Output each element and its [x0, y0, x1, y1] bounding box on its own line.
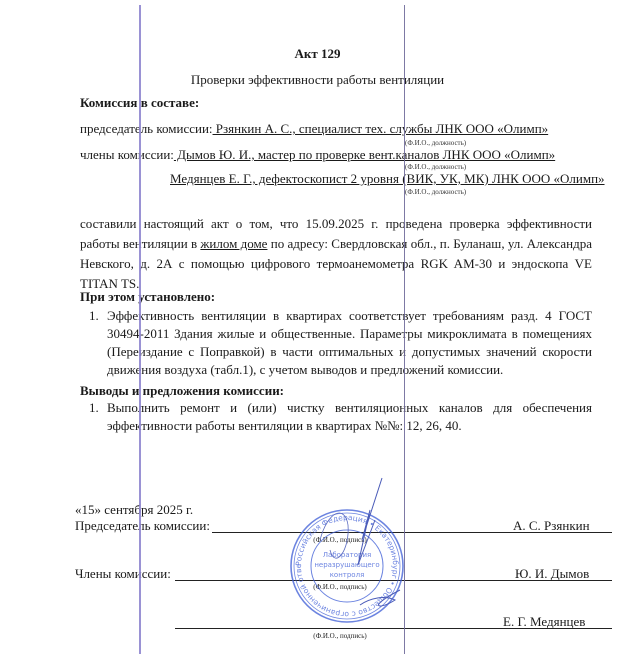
established-item: 1. Эффективность вентиляции в квартирах …	[107, 307, 592, 379]
member2-value: Медянцев Е. Г., дефектоскопист 2 уровня …	[170, 171, 605, 187]
chairman-row: председатель комиссии: Рзянкин А. С., сп…	[80, 121, 548, 137]
document-title: Акт 129	[0, 46, 635, 62]
established-heading: При этом установлено:	[80, 289, 215, 305]
vertical-guide-line-left	[139, 5, 141, 654]
established-item-text: Эффективность вентиляции в квартирах соо…	[107, 308, 592, 377]
item-number: 1.	[89, 307, 99, 325]
item-number: 1.	[89, 399, 99, 417]
sign-members-label: Члены комиссии:	[75, 566, 171, 582]
member1-value: Дымов Ю. И., мастер по проверке вент.кан…	[174, 147, 555, 162]
member1-row: члены комиссии: Дымов Ю. И., мастер по п…	[80, 147, 555, 163]
sign-member2-name: Е. Г. Медянцев	[503, 614, 585, 630]
vertical-guide-line-right	[404, 5, 405, 654]
sign-chairman-label: Председатель комиссии:	[75, 518, 210, 534]
act-date: «15» сентября 2025 г.	[75, 502, 193, 518]
members-label: члены комиссии:	[80, 147, 174, 162]
intro-underlined: жилом доме	[200, 236, 267, 251]
member1-caption: (Ф.И.О., должность)	[405, 163, 466, 171]
conclusions-item: 1. Выполнить ремонт и (или) чистку венти…	[107, 399, 592, 435]
chairman-label: председатель комиссии:	[80, 121, 213, 136]
member2-sign-caption: (Ф.И.О., подпись)	[305, 632, 375, 640]
sign-chairman-name: А. С. Рзянкин	[513, 518, 590, 534]
sign-member1-name: Ю. И. Дымов	[515, 566, 589, 582]
chairman-value: Рзянкин А. С., специалист тех. службы ЛН…	[213, 121, 549, 136]
conclusions-heading: Выводы и предложения комиссии:	[80, 383, 284, 399]
member2-caption: (Ф.И.О., должность)	[405, 188, 466, 196]
chairman-caption: (Ф.И.О., должность)	[405, 139, 466, 147]
document-subtitle: Проверки эффективности работы вентиляции	[0, 72, 635, 88]
conclusions-item-text: Выполнить ремонт и (или) чистку вентиляц…	[107, 400, 592, 433]
handwritten-signature-icon	[300, 470, 420, 620]
intro-paragraph: составили настоящий акт о том, что 15.09…	[80, 214, 592, 294]
